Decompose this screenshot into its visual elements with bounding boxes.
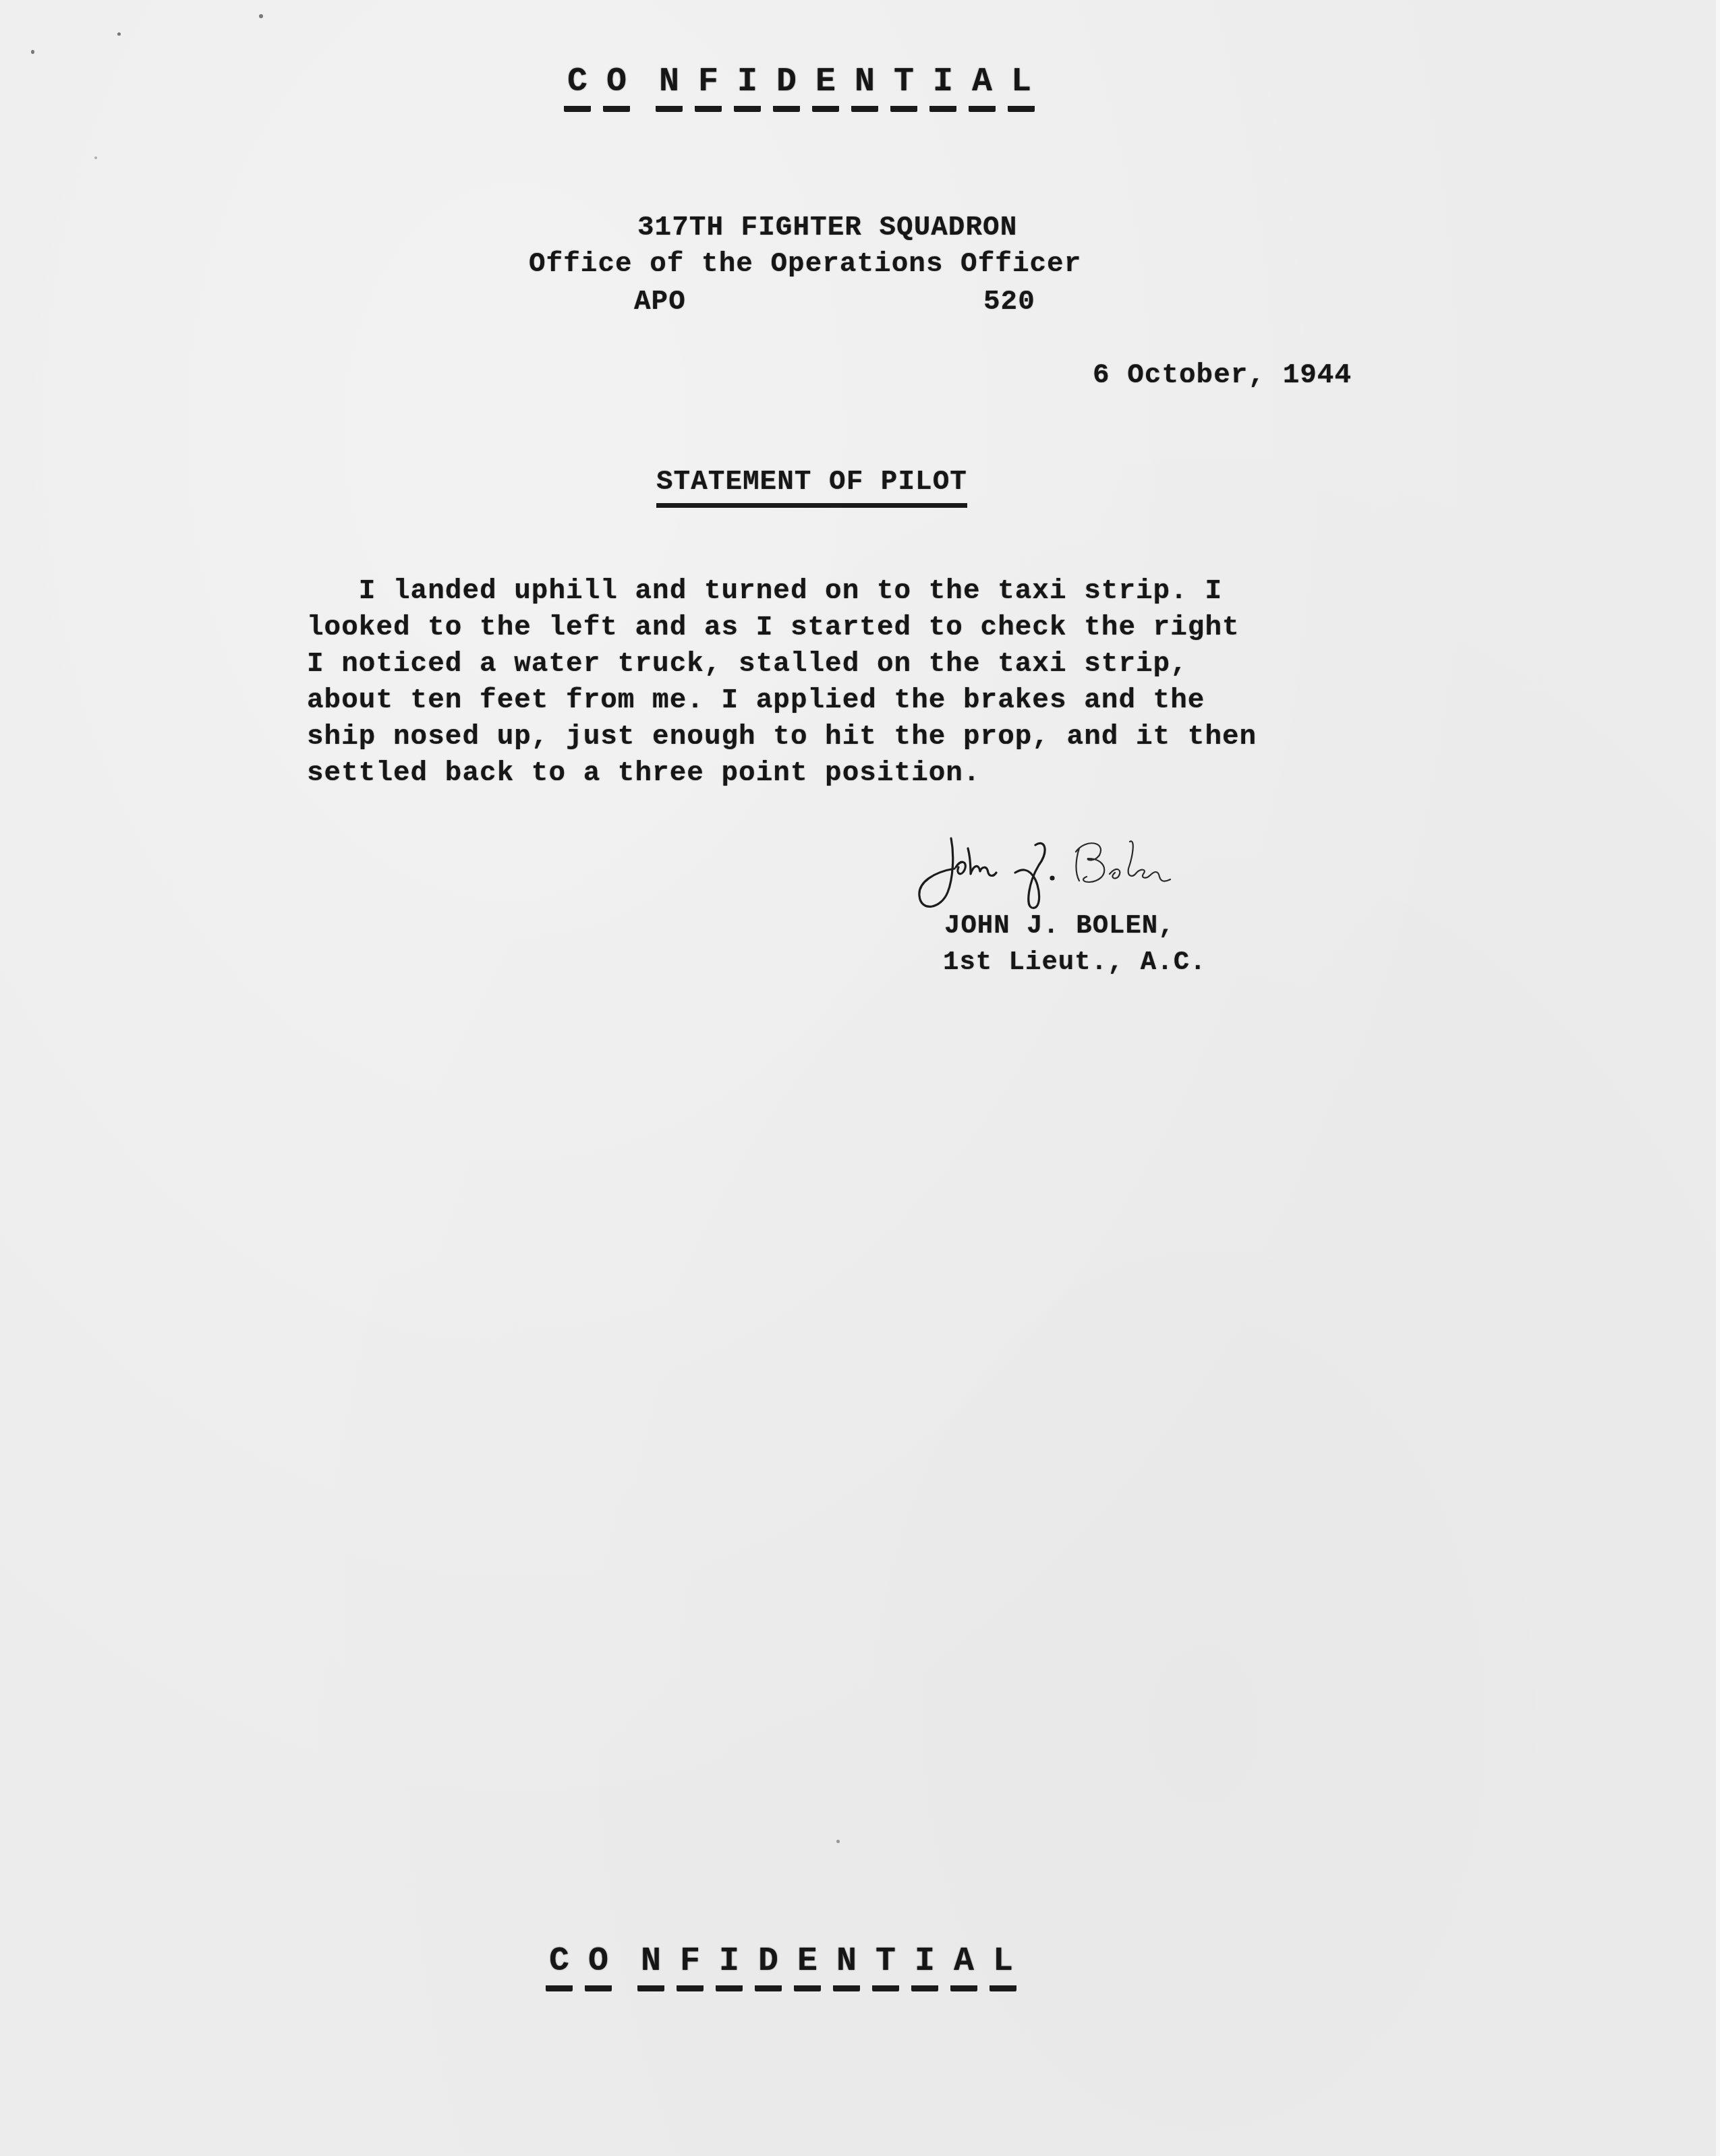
body-line: I landed uphill and turned on to the tax… (307, 578, 1222, 606)
stamp-letter: N (656, 65, 683, 112)
stamp-letter: E (794, 1945, 821, 1991)
stamp-letter: N (833, 1945, 860, 1991)
body-line: I noticed a water truck, stalled on the … (307, 651, 1188, 678)
stamp-letter: I (734, 65, 761, 112)
document-page: CONFIDENTIAL 317TH FIGHTER SQUADRON Offi… (0, 0, 1720, 2156)
signatory-name: JOHN J. BOLEN, (944, 913, 1175, 939)
stamp-letter: L (990, 1945, 1016, 1991)
stamp-letter: F (677, 1945, 704, 1991)
document-date: 6 October, 1944 (1093, 362, 1352, 390)
handwritten-signature (914, 828, 1184, 923)
office-name: Office of the Operations Officer (529, 251, 1081, 279)
stamp-letter: C (564, 65, 591, 112)
body-line: ship nosed up, just enough to hit the pr… (307, 724, 1257, 751)
stamp-letter: L (1008, 65, 1035, 112)
scan-speck (117, 32, 121, 36)
classification-stamp-bottom: CONFIDENTIAL (546, 1945, 1016, 1991)
stamp-letter: I (929, 65, 956, 112)
apo-label: APO (634, 289, 686, 316)
stamp-letter: A (950, 1945, 977, 1991)
body-line: looked to the left and as I started to c… (307, 614, 1240, 642)
stamp-letter: N (851, 65, 878, 112)
stamp-letter: T (890, 65, 917, 112)
stamp-letter: I (716, 1945, 743, 1991)
stamp-letter: A (969, 65, 996, 112)
signatory-rank: 1st Lieut., A.C. (943, 950, 1206, 976)
stamp-letter: D (773, 65, 800, 112)
body-line: settled back to a three point position. (307, 760, 981, 788)
classification-stamp-top: CONFIDENTIAL (564, 65, 1035, 112)
unit-name: 317TH FIGHTER SQUADRON (637, 214, 1017, 242)
stamp-letter: D (755, 1945, 782, 1991)
scan-edge (1716, 0, 1720, 2156)
body-line: about ten feet from me. I applied the br… (307, 687, 1205, 715)
stamp-letter: I (911, 1945, 938, 1991)
apo-number: 520 (983, 289, 1035, 316)
stamp-letter: C (546, 1945, 573, 1991)
stamp-letter: E (812, 65, 839, 112)
stamp-letter: N (637, 1945, 664, 1991)
scan-speck (31, 50, 34, 54)
stamp-letter: O (603, 65, 630, 112)
scan-speck (836, 1840, 840, 1843)
document-title: STATEMENT OF PILOT (656, 469, 967, 508)
scan-speck (94, 156, 97, 159)
stamp-letter: O (585, 1945, 612, 1991)
stamp-letter: F (695, 65, 722, 112)
stamp-letter: T (872, 1945, 899, 1991)
scan-speck (259, 14, 263, 18)
